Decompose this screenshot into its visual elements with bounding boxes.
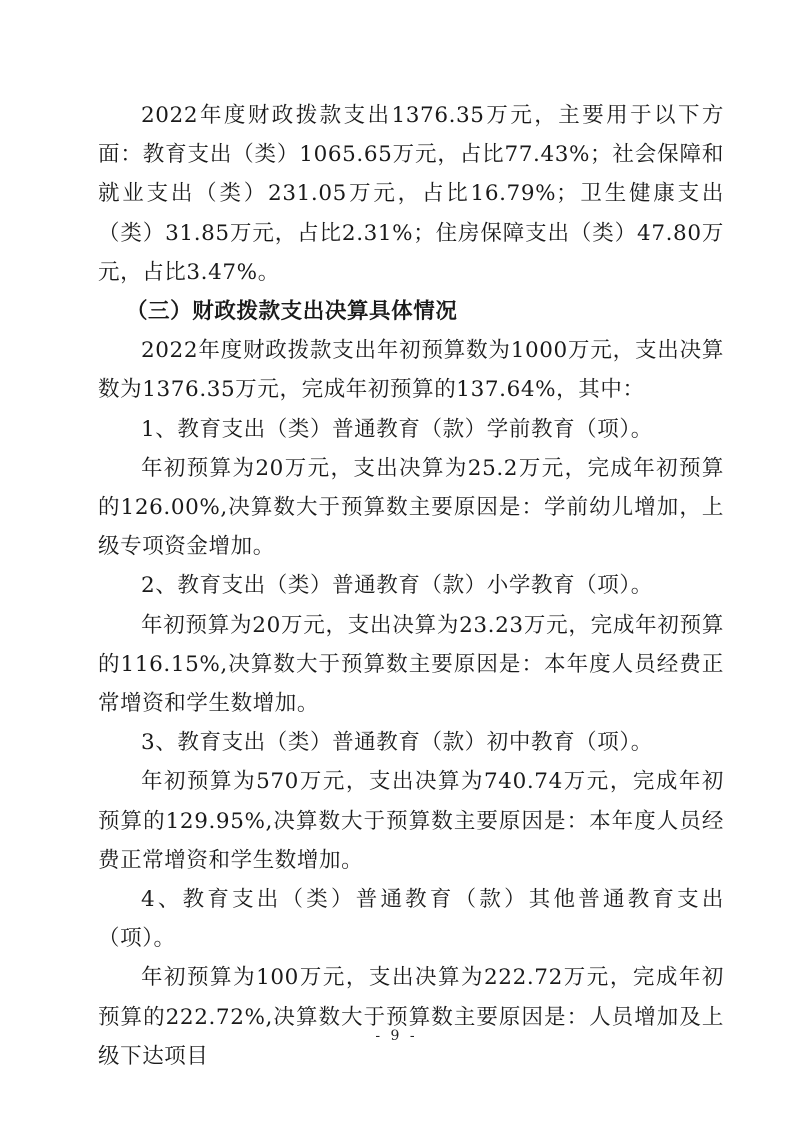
page-number: - 9 -	[0, 1028, 793, 1044]
paragraph-other-education: 年初预算为100万元，支出决算为222.72万元，完成年初预算的222.72%,…	[98, 958, 724, 1076]
item-heading-junior-high-education: 3、教育支出（类）普通教育（款）初中教育（项）。	[98, 723, 724, 762]
document-page: 2022年度财政拨款支出1376.35万元，主要用于以下方面：教育支出（类）10…	[98, 96, 724, 1076]
item-heading-other-education: 4、教育支出（类）普通教育（款）其他普通教育支出（项）。	[98, 880, 724, 958]
paragraph-primary-education: 年初预算为20万元，支出决算为23.23万元，完成年初预算的116.15%,决算…	[98, 606, 724, 724]
paragraph-junior-high-education: 年初预算为570万元，支出决算为740.74万元，完成年初预算的129.95%,…	[98, 762, 724, 880]
section-heading-expenditure-details: （三）财政拨款支出决算具体情况	[98, 292, 724, 331]
paragraph-budget-overview: 2022年度财政拨款支出年初预算数为1000万元，支出决算数为1376.35万元…	[98, 331, 724, 409]
paragraph-expenditure-summary: 2022年度财政拨款支出1376.35万元，主要用于以下方面：教育支出（类）10…	[98, 96, 724, 292]
item-heading-preschool-education: 1、教育支出（类）普通教育（款）学前教育（项）。	[98, 410, 724, 449]
paragraph-preschool-education: 年初预算为20万元，支出决算为25.2万元，完成年初预算的126.00%,决算数…	[98, 449, 724, 567]
item-heading-primary-education: 2、教育支出（类）普通教育（款）小学教育（项）。	[98, 566, 724, 605]
